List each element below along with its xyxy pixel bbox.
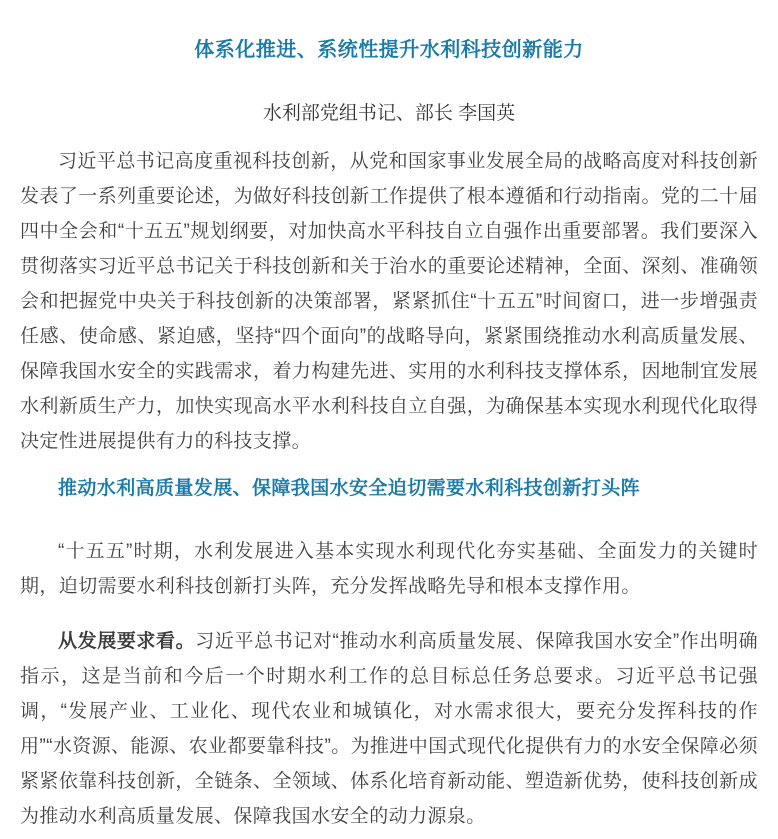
article-page: 体系化推进、系统性提升水利科技创新能力 水利部党组书记、部长 李国英 习近平总书…	[0, 0, 778, 839]
article-byline: 水利部党组书记、部长 李国英	[20, 100, 758, 128]
paragraph-body-text: 习近平总书记对“推动水利高质量发展、保障我国水安全”作出明确指示，这是当前和今后…	[20, 631, 758, 827]
paragraph-lead-in: 从发展要求看。	[58, 631, 195, 652]
section-heading: 推动水利高质量发展、保障我国水安全迫切需要水利科技创新打头阵	[20, 471, 758, 506]
section-paragraph-2: 从发展要求看。习近平总书记对“推动水利高质量发展、保障我国水安全”作出明确指示，…	[20, 624, 758, 834]
article-title: 体系化推进、系统性提升水利科技创新能力	[20, 36, 758, 64]
section-paragraph-1: “十五五”时期，水利发展进入基本实现水利现代化夯实基础、全面发力的关键时期，迫切…	[20, 534, 758, 604]
intro-paragraph: 习近平总书记高度重视科技创新，从党和国家事业发展全局的战略高度对科技创新发表了一…	[20, 144, 758, 459]
